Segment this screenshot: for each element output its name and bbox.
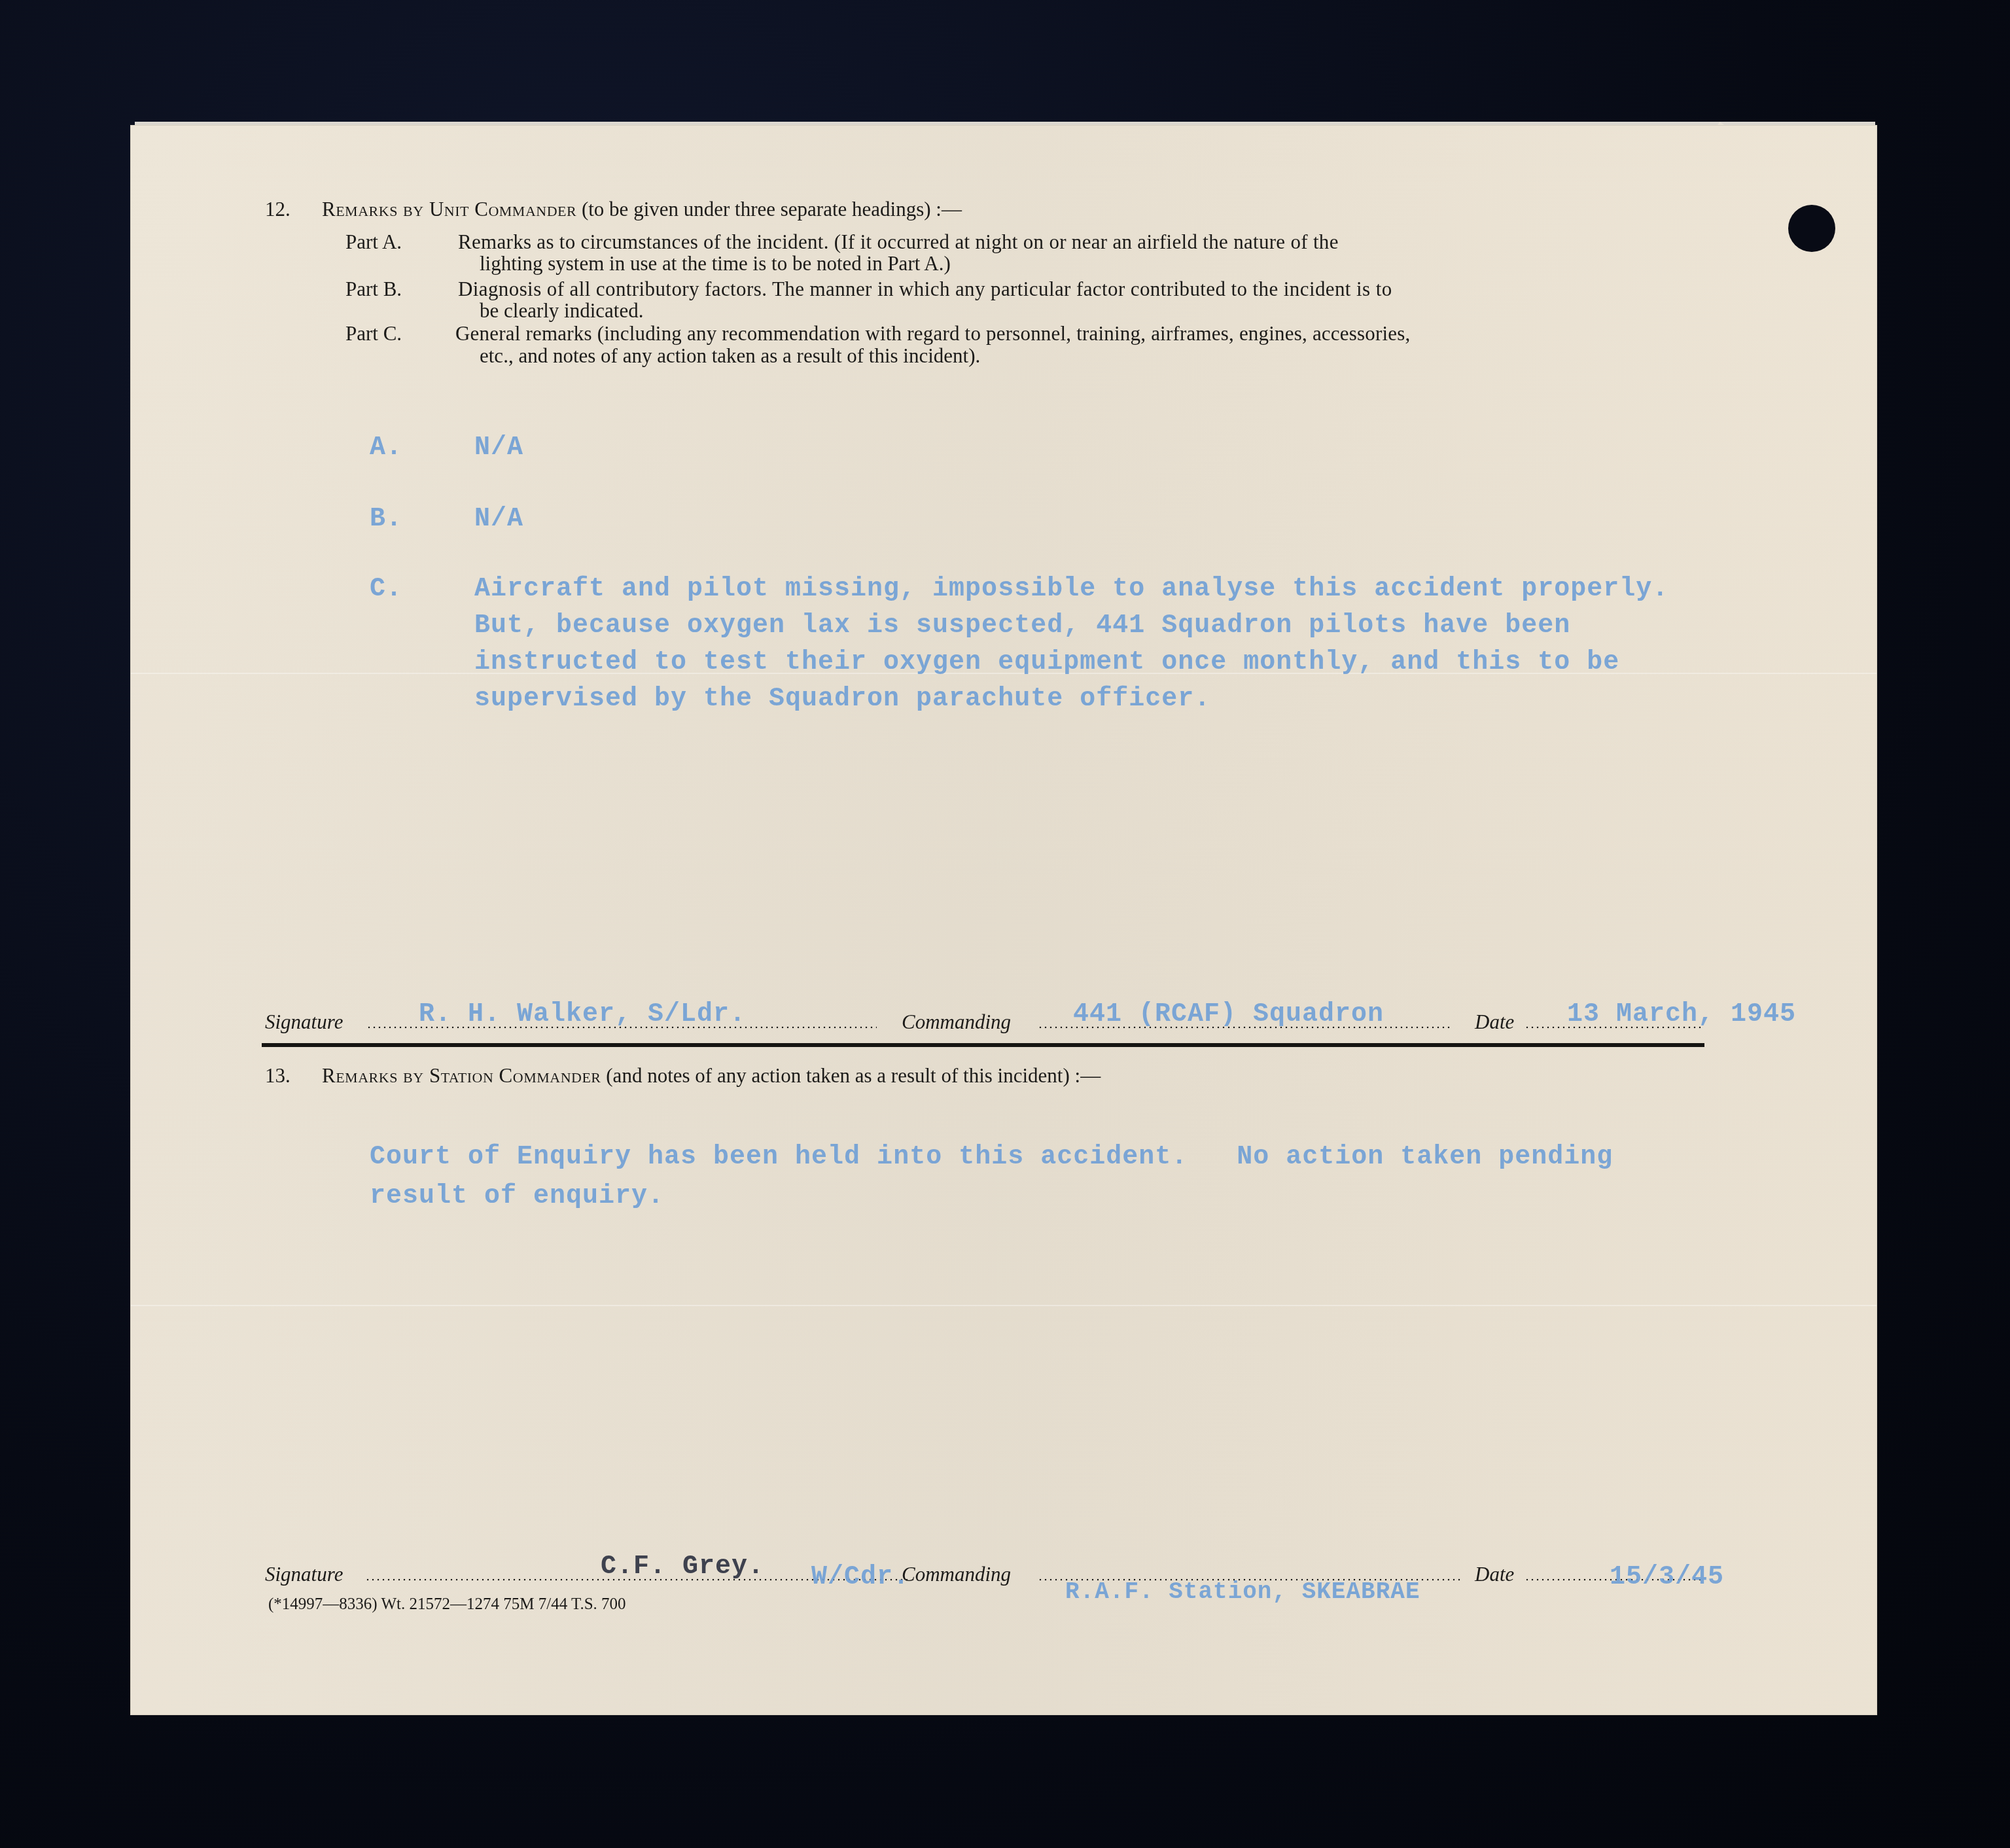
section-13-heading-row: Remarks by Station Commander (and notes … bbox=[322, 1064, 1101, 1088]
section-13-commanding-value: R.A.F. Station, SKEABRAE bbox=[1065, 1573, 1420, 1611]
typed-remark-c-line4: supervised by the Squadron parachute off… bbox=[474, 681, 1210, 719]
section-13-date-label: Date bbox=[1475, 1563, 1514, 1586]
section-12-number: 12. bbox=[265, 198, 291, 221]
typed-remark-c-label: C. bbox=[370, 571, 402, 609]
typed-remark-c-line3: instructed to test their oxygen equipmen… bbox=[474, 644, 1619, 682]
part-b-line1: Diagnosis of all contributory factors. T… bbox=[458, 277, 1392, 301]
section-13-typed-line2: result of enquiry. bbox=[370, 1178, 664, 1216]
part-a-label: Part A. bbox=[345, 230, 402, 254]
section-13-heading-note: (and notes of any action taken as a resu… bbox=[606, 1064, 1101, 1087]
section-13-signature-label: Signature bbox=[265, 1563, 343, 1586]
section-13-commanding-label: Commanding bbox=[902, 1563, 1011, 1586]
section-13-signature-name: C.F. Grey. bbox=[601, 1548, 764, 1586]
typed-remark-b-text: N/A bbox=[474, 501, 523, 539]
section-12-heading-note: (to be given under three separate headin… bbox=[582, 198, 962, 221]
part-c-label: Part C. bbox=[345, 322, 402, 346]
section-12-heading-row: Remarks by Unit Commander (to be given u… bbox=[322, 198, 962, 221]
section-13-date-value: 15/3/45 bbox=[1610, 1559, 1724, 1597]
section-divider-rule bbox=[262, 1043, 1704, 1047]
typed-remark-c-line2: But, because oxygen lax is suspected, 44… bbox=[474, 607, 1570, 645]
section-12-commanding-value: 441 (RCAF) Squadron bbox=[1073, 996, 1384, 1034]
section-13-typed-line1: Court of Enquiry has been held into this… bbox=[370, 1139, 1613, 1177]
part-b-label: Part B. bbox=[345, 277, 402, 301]
typed-remark-c-line1: Aircraft and pilot missing, impossible t… bbox=[474, 571, 1668, 609]
section-12-date-label: Date bbox=[1475, 1010, 1514, 1034]
typed-remark-a-text: N/A bbox=[474, 429, 523, 467]
section-13-number: 13. bbox=[265, 1064, 291, 1088]
paper-fold bbox=[131, 1305, 1877, 1306]
part-c-line2: etc., and notes of any action taken as a… bbox=[480, 344, 980, 368]
section-13-heading: Remarks by Station Commander bbox=[322, 1064, 601, 1087]
punch-hole bbox=[1788, 205, 1835, 252]
section-12-heading: Remarks by Unit Commander bbox=[322, 198, 576, 221]
section-13-signature-rank: W/Cdr. bbox=[811, 1559, 909, 1597]
section-12-signature-value: R. H. Walker, S/Ldr. bbox=[419, 996, 746, 1034]
part-b-line2: be clearly indicated. bbox=[480, 299, 643, 323]
section-12-commanding-label: Commanding bbox=[902, 1010, 1011, 1034]
typed-remark-a-label: A. bbox=[370, 429, 402, 467]
part-a-line2: lighting system in use at the time is to… bbox=[480, 252, 951, 275]
section-12-date-value: 13 March, 1945 bbox=[1567, 996, 1796, 1034]
report-form-page bbox=[131, 126, 1877, 1715]
form-imprint: (*14997—8336) Wt. 21572—1274 75M 7/44 T.… bbox=[268, 1593, 626, 1616]
part-c-line1: General remarks (including any recommend… bbox=[455, 322, 1410, 346]
section-12-signature-label: Signature bbox=[265, 1010, 343, 1034]
part-a-line1: Remarks as to circumstances of the incid… bbox=[458, 230, 1339, 254]
typed-remark-b-label: B. bbox=[370, 501, 402, 539]
